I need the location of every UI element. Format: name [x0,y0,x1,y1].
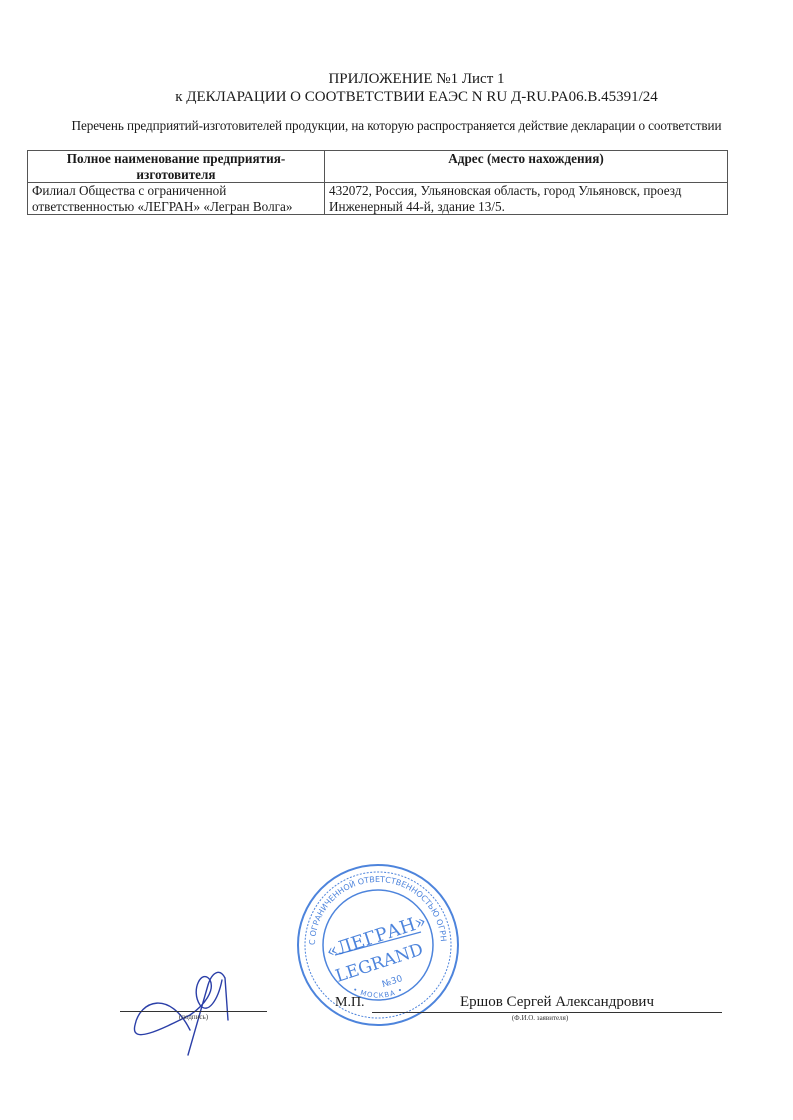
intro-text: Перечень предприятий-изготовителей проду… [0,118,793,134]
manufacturers-table: Полное наименование предприятия-изготови… [27,150,728,215]
manufacturer-address: 432072, Россия, Ульяновская область, гор… [325,183,728,215]
name-caption: (Ф.И.О. заявителя) [440,1014,640,1022]
column-header-name: Полное наименование предприятия-изготови… [28,151,325,183]
signature-caption: (подпись) [120,1013,267,1021]
declaration-reference: к ДЕКЛАРАЦИИ О СООТВЕТСТВИИ ЕАЭС N RU Д-… [20,88,793,106]
column-header-address: Адрес (место нахождения) [325,151,728,183]
seal-place-label: М.П. [335,995,365,1011]
name-line [372,1012,722,1013]
signer-name: Ершов Сергей Александрович [460,994,654,1011]
manufacturer-name: Филиал Общества с ограниченной ответстве… [28,183,325,215]
appendix-title: ПРИЛОЖЕНИЕ №1 Лист 1 [20,70,793,88]
company-seal-icon: С ОГРАНИЧЕННОЙ ОТВЕТСТВЕННОСТЬЮ ОГРН 103… [293,860,463,1030]
signature-line [120,1011,267,1012]
handwritten-signature-icon [130,960,250,1060]
table-header-row: Полное наименование предприятия-изготови… [28,151,728,183]
table-row: Филиал Общества с ограниченной ответстве… [28,183,728,215]
